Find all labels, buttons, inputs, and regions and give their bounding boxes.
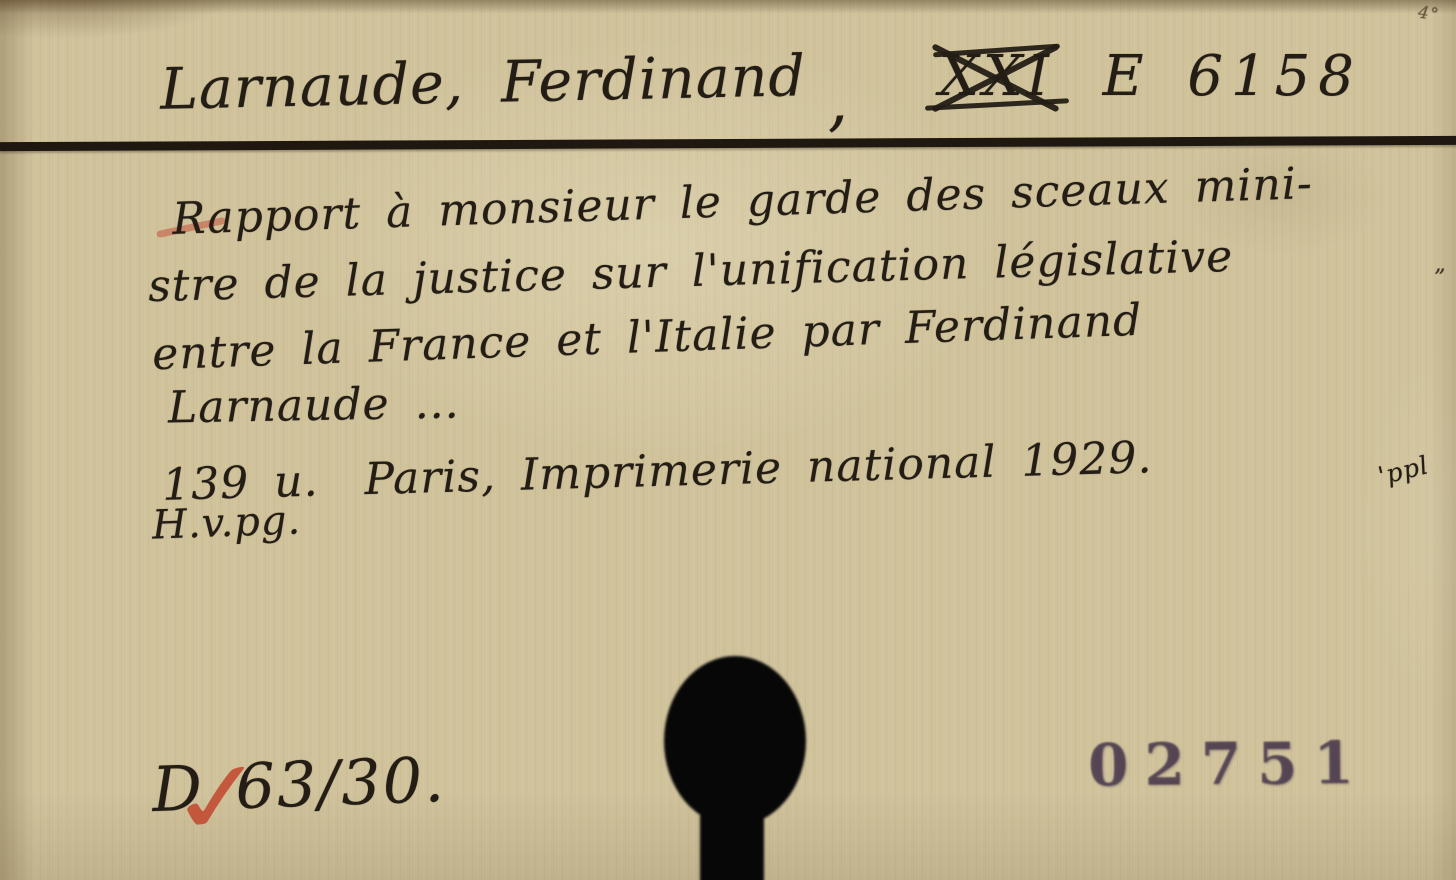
punch-hole-slot: [700, 792, 764, 880]
title-line-1: Rapport à monsieur le garde des sceaux m…: [171, 158, 1313, 245]
catalog-card: Larnaude, Ferdinand , XXI E 6158 Rapport…: [0, 0, 1456, 880]
heading-comma: ,: [823, 61, 850, 139]
call-number: XXI E 6158: [935, 44, 1362, 109]
author-heading: Larnaude, Ferdinand: [159, 43, 806, 123]
shelfmark: E 6158: [1103, 44, 1362, 109]
corner-pencil-mark: 4°: [1417, 3, 1441, 26]
title-line-2-edge-mark: ”: [1434, 266, 1446, 291]
call-number-crossed-out: XXI: [935, 44, 1057, 109]
horizontal-rule: [0, 136, 1456, 151]
imprint-line: 139 u.Paris, Imprimerie national 1929.: [161, 432, 1153, 511]
red-checkmark: ✓: [161, 736, 276, 861]
margin-note: 'ppl: [1375, 450, 1431, 490]
title-line-4: Larnaude ...: [168, 377, 460, 433]
inventory-stamp: 02751: [1088, 729, 1370, 799]
imprint: Paris, Imprimerie national 1929.: [364, 432, 1153, 505]
format-note: H.v.pg.: [151, 497, 302, 548]
